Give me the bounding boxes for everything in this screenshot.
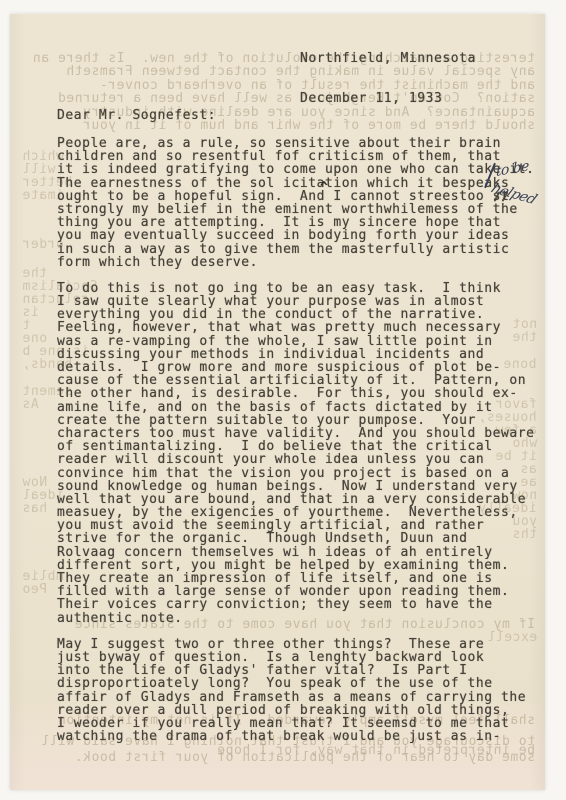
- typed-line: watching the drama of that break would b…: [57, 730, 542, 743]
- typed-line: The earnestness of the sol icitation whi…: [57, 177, 542, 190]
- typed-line: reader will discount your whole idea unl…: [57, 453, 542, 466]
- bleedthrough-fragment: As: [22, 398, 39, 411]
- bleedthrough-fragment: has: [22, 502, 47, 515]
- date-line: December 11, 1933: [300, 92, 476, 105]
- typed-line: create the pattern suitable to your pump…: [57, 414, 542, 427]
- bleedthrough-fragment: Peo: [22, 583, 47, 596]
- typed-line: in such a way as to give them the master…: [57, 243, 542, 256]
- typed-line: the other hand, is desirable. For this, …: [57, 387, 542, 400]
- salutation: Dear Mr. Sognefest:: [57, 109, 216, 122]
- paragraph: May I suggest two or three other things?…: [57, 638, 542, 744]
- typed-line: was a re-vamping of the whole, I saw lit…: [57, 335, 542, 348]
- typed-line: you may eventually succeed in bodying fo…: [57, 229, 542, 242]
- typed-line: reader over a dull period of breaking wi…: [57, 704, 542, 717]
- insertion-caret-mark: ^: [320, 180, 328, 195]
- typed-line: amine life, and on the basis of facts di…: [57, 401, 542, 414]
- typed-line: form which they deserve.: [57, 256, 542, 269]
- paragraph: People are, as a rule, so sensitive abou…: [57, 137, 542, 269]
- typed-line: sound knowledge og human beings. Now I u…: [57, 480, 542, 493]
- typed-line: disproportioately long? You speak of the…: [57, 677, 542, 690]
- letter-page: teresting as watching the evolution of t…: [10, 14, 545, 790]
- typed-line: ought to be a hopeful sign. And I cannot…: [57, 190, 542, 203]
- scan-background: { "colors": { "background": "#f7f6f2", "…: [0, 0, 566, 800]
- typed-line: Their voices carry conviction; they seem…: [57, 598, 542, 611]
- typed-line: strive for the organic. Though Undseth, …: [57, 532, 542, 545]
- typed-line: affair of Gladys and Framseth as a means…: [57, 691, 542, 704]
- typed-line: authentic note.: [57, 612, 542, 625]
- letter-body: People are, as a rule, so sensitive abou…: [57, 137, 542, 756]
- typed-line: May I suggest two or three other things?…: [57, 638, 542, 651]
- typed-line: Feeling, however, that what was pretty m…: [57, 321, 542, 334]
- paragraph: To do this is not go ing to be an easy t…: [57, 282, 542, 625]
- letterhead-place-date: Northfield, Minnesota December 11, 1933: [300, 26, 476, 132]
- typed-line: convince him that the vision you project…: [57, 467, 542, 480]
- typed-line: it is indeed gratifying to come upon one…: [57, 163, 542, 176]
- place-line: Northfield, Minnesota: [300, 52, 476, 65]
- typed-line: Rolvaag concern themselves wi h ideas of…: [57, 546, 542, 559]
